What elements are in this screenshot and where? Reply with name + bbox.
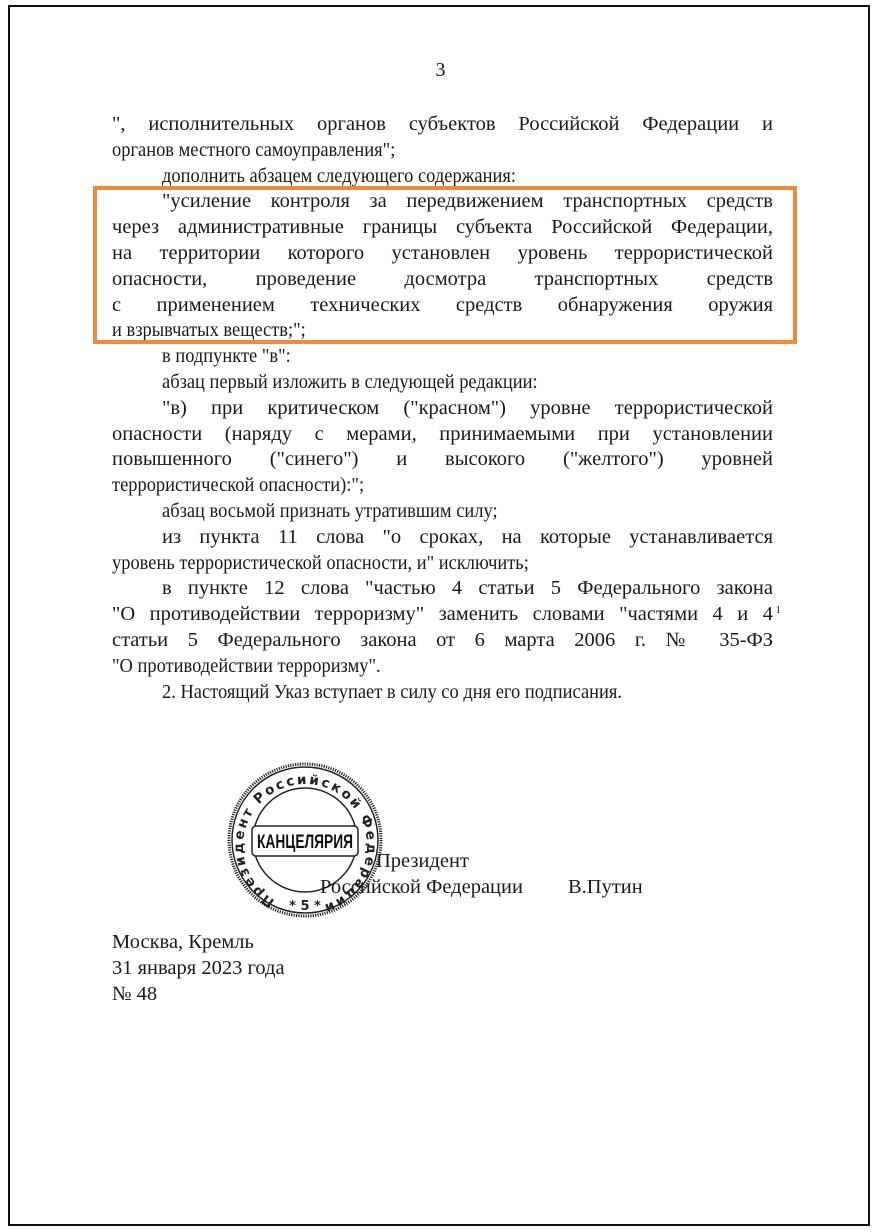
text-line: "О противодействии терроризму". <box>112 654 773 680</box>
text-line: "О противодействии терроризму" заменить … <box>112 602 773 628</box>
text-line-content: статьи 5 Федерального закона от 6 марта … <box>112 628 773 654</box>
text-line: органов местного самоуправления"; <box>112 138 773 164</box>
text-line-content: повышенного ("синего") и высокого ("желт… <box>112 447 773 473</box>
text-line: террористической опасности):"; <box>112 473 773 499</box>
seal-center-text: КАНЦЕЛЯРИЯ <box>257 832 353 853</box>
text-line-content: из пункта 11 слова "о сроках, на которые… <box>162 525 773 551</box>
footer-number: № 48 <box>112 982 285 1008</box>
decree-footer: Москва, Кремль 31 января 2023 года № 48 <box>112 930 285 1007</box>
signature-title-line1: Президент <box>376 850 469 873</box>
text-line-content: "О противодействии терроризму". <box>112 654 381 680</box>
text-line: из пункта 11 слова "о сроках, на которые… <box>112 525 773 551</box>
text-line-content: абзац восьмой признать утратившим силу; <box>162 499 498 525</box>
text-line-content: в подпункте "в": <box>162 344 291 370</box>
text-line-content: ", исполнительных органов субъектов Росс… <box>112 112 773 138</box>
text-line-content: абзац первый изложить в следующей редакц… <box>162 370 538 396</box>
text-line: абзац первый изложить в следующей редакц… <box>112 370 773 396</box>
text-line-content: в пункте 12 слова "частью 4 статьи 5 Фед… <box>162 576 773 602</box>
text-line-content: органов местного самоуправления"; <box>112 138 395 164</box>
text-line-content: "О противодействии терроризму" заменить … <box>112 602 773 628</box>
highlighted-paragraph-box <box>93 186 797 344</box>
text-line: статьи 5 Федерального закона от 6 марта … <box>112 628 773 654</box>
seal-bottom-mark: * 5 * <box>289 899 321 914</box>
text-line-content: 2. Настоящий Указ вступает в силу со дня… <box>162 680 622 706</box>
signature-name: В.Путин <box>568 876 643 899</box>
text-line: абзац восьмой признать утратившим силу; <box>112 499 773 525</box>
text-line: повышенного ("синего") и высокого ("желт… <box>112 447 773 473</box>
text-line: "в) при критическом ("красном") уровне т… <box>112 396 773 422</box>
footer-date: 31 января 2023 года <box>112 956 285 982</box>
text-line: ", исполнительных органов субъектов Росс… <box>112 112 773 138</box>
text-line: в пункте 12 слова "частью 4 статьи 5 Фед… <box>112 576 773 602</box>
signature-title-line2: Российской Федерации <box>320 876 523 899</box>
text-line-content: уровень террористической опасности, и" и… <box>112 551 529 577</box>
page-number: 3 <box>0 59 881 82</box>
text-line: 2. Настоящий Указ вступает в силу со дня… <box>112 680 773 706</box>
text-line-content: "в) при критическом ("красном") уровне т… <box>162 396 773 422</box>
text-line-content: террористической опасности):"; <box>112 473 364 499</box>
text-line: опасности (наряду с мерами, принимаемыми… <box>112 422 773 448</box>
text-line-content: опасности (наряду с мерами, принимаемыми… <box>112 422 773 448</box>
text-line: уровень террористической опасности, и" и… <box>112 551 773 577</box>
text-line: в подпункте "в": <box>112 344 773 370</box>
footer-place: Москва, Кремль <box>112 930 285 956</box>
